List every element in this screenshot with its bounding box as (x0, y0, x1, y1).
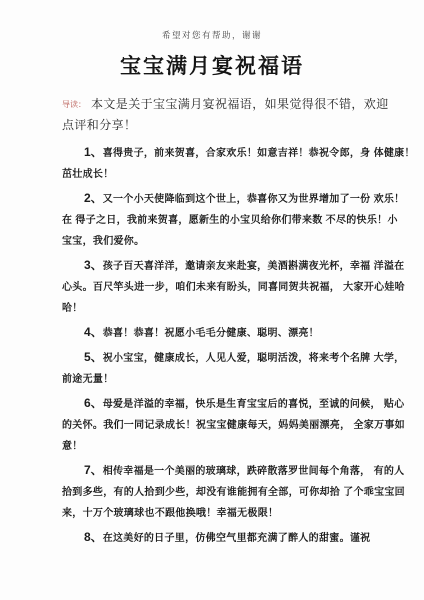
lead-text: 本文是关于宝宝满月宴祝福语，如果觉得很不错，欢迎 (91, 97, 389, 111)
blessing-text: 恭喜！恭喜！祝愿小毛毛分健康、聪明、漂亮！ (103, 328, 319, 339)
blessing-number: 7、 (84, 463, 103, 477)
lead-label: 导读： (62, 100, 86, 109)
blessing-line: 8、在这美好的日子里，仿佛空气里都充满了醉人的甜蜜。谨祝 (62, 527, 424, 549)
lead-line: 点评和分享！ (62, 115, 424, 136)
blessing-paragraph: 8、在这美好的日子里，仿佛空气里都充满了醉人的甜蜜。谨祝 (62, 527, 424, 549)
blessing-number: 8、 (84, 530, 103, 544)
blessing-line: 心头。百尺竿头进一步，咱们未来有盼头，同喜同贺共祝福， 大家开心娃哈 (62, 277, 424, 298)
blessing-line: 3、孩子百天喜洋洋，邀请亲友来赴宴，美酒斟满夜光杯，幸福 洋溢在 (62, 255, 424, 277)
header-note: 希望对您有帮助，谢谢 (0, 30, 424, 40)
blessing-number: 3、 (84, 258, 103, 272)
blessing-text: 相传幸福是一个美丽的玻璃球，跌碎散落罗世间每个角落， 有的人 (103, 466, 405, 477)
blessing-paragraph: 5、祝小宝宝，健康成长，人见人爱，聪明活泼，将来考个名牌 大学，前途无量！ (62, 347, 424, 390)
blessing-line: 意！ (62, 436, 424, 457)
lead-paragraph: 导读：本文是关于宝宝满月宴祝福语，如果觉得很不错，欢迎 点评和分享！ (0, 94, 424, 136)
blessing-line: 前途无量！ (62, 369, 424, 390)
blessing-line: 来，十万个玻璃球也不跟他换哦！幸福无极限！ (62, 503, 424, 524)
blessing-line: 宝宝，我们爱你。 (62, 231, 424, 252)
blessing-line: 4、恭喜！恭喜！祝愿小毛毛分健康、聪明、漂亮！ (62, 322, 424, 344)
blessing-paragraph: 7、相传幸福是一个美丽的玻璃球，跌碎散落罗世间每个角落， 有的人拾到多些，有的人… (62, 460, 424, 524)
page-title: 宝宝满月宴祝福语 (0, 53, 424, 79)
blessing-paragraph: 4、恭喜！恭喜！祝愿小毛毛分健康、聪明、漂亮！ (62, 322, 424, 344)
blessing-paragraph: 1、喜得贵子，前来贺喜，合家欢乐！如意吉祥！恭祝令郎，身 体健康！茁壮成长！ (62, 142, 424, 185)
blessing-line: 7、相传幸福是一个美丽的玻璃球，跌碎散落罗世间每个角落， 有的人 (62, 460, 424, 482)
blessing-line: 哈！ (62, 298, 424, 319)
blessing-line: 拾到多些，有的人拾到少些，却没有谁能拥有全部，可你却拾 了个乖宝宝回 (62, 482, 424, 503)
blessing-text: 喜得贵子，前来贺喜，合家欢乐！如意吉祥！恭祝令郎，身 体健康！ (103, 148, 415, 159)
blessing-paragraph: 2、又一个小天使降临到这个世上，恭喜你又为世界增加了一份 欢乐！在 得子之日，我… (62, 188, 424, 252)
blessing-line: 茁壮成长！ (62, 164, 424, 185)
blessing-paragraph: 3、孩子百天喜洋洋，邀请亲友来赴宴，美酒斟满夜光杯，幸福 洋溢在心头。百尺竿头进… (62, 255, 424, 319)
blessing-text: 孩子百天喜洋洋，邀请亲友来赴宴，美酒斟满夜光杯，幸福 洋溢在 (103, 261, 405, 272)
blessing-line: 在 得子之日，我前来贺喜，愿新生的小宝贝给你们带来数 不尽的快乐！小 (62, 210, 424, 231)
document-page: 希望对您有帮助，谢谢 宝宝满月宴祝福语 导读：本文是关于宝宝满月宴祝福语，如果觉… (0, 0, 424, 600)
blessing-number: 6、 (84, 396, 103, 410)
blessing-line: 1、喜得贵子，前来贺喜，合家欢乐！如意吉祥！恭祝令郎，身 体健康！ (62, 142, 424, 164)
blessing-text: 又一个小天使降临到这个世上，恭喜你又为世界增加了一份 欢乐！ (103, 194, 405, 205)
blessing-line: 2、又一个小天使降临到这个世上，恭喜你又为世界增加了一份 欢乐！ (62, 188, 424, 210)
blessing-paragraph: 6、母爱是洋溢的幸福，快乐是生育宝宝后的喜悦，至诚的问候， 贴心的关怀。我们一同… (62, 393, 424, 457)
blessing-number: 1、 (84, 145, 103, 159)
blessing-number: 2、 (84, 191, 103, 205)
blessing-line: 6、母爱是洋溢的幸福，快乐是生育宝宝后的喜悦，至诚的问候， 贴心 (62, 393, 424, 415)
blessing-list: 1、喜得贵子，前来贺喜，合家欢乐！如意吉祥！恭祝令郎，身 体健康！茁壮成长！2、… (0, 142, 424, 549)
blessing-line: 5、祝小宝宝，健康成长，人见人爱，聪明活泼，将来考个名牌 大学， (62, 347, 424, 369)
blessing-text: 在这美好的日子里，仿佛空气里都充满了醉人的甜蜜。谨祝 (103, 533, 371, 544)
blessing-number: 5、 (84, 350, 103, 364)
blessing-text: 母爱是洋溢的幸福，快乐是生育宝宝后的喜悦，至诚的问候， 贴心 (103, 399, 405, 410)
blessing-text: 祝小宝宝，健康成长，人见人爱，聪明活泼，将来考个名牌 大学， (103, 353, 405, 364)
blessing-number: 4、 (84, 325, 103, 339)
lead-line: 导读：本文是关于宝宝满月宴祝福语，如果觉得很不错，欢迎 (62, 94, 424, 115)
blessing-line: 的关怀。我们一同记录成长！祝宝宝健康每天，妈妈美丽漂亮， 全家万事如 (62, 415, 424, 436)
